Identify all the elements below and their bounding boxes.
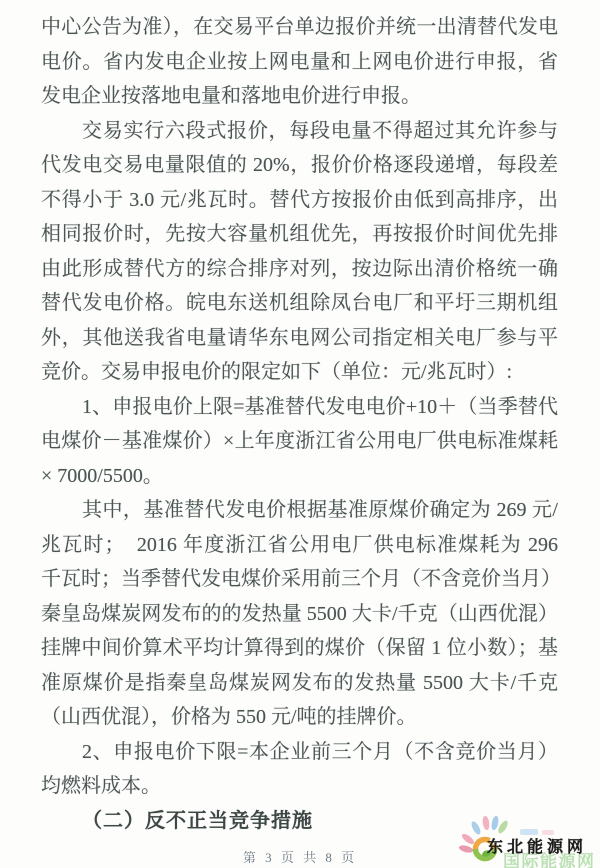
text-line: 电价。省内发电企业按上网电量和上网电价进行申报，省外 [41,45,558,80]
text-line: 竞价。交易申报电价的限定如下（单位：元/兆瓦时）: [41,355,558,390]
text-line: 兆瓦时； 2016 年度浙江省公用电厂供电标准煤耗为 296 克/ [41,528,558,563]
text-line: 交易实行六段式报价，每段电量不得超过其允许参与替 [41,114,558,149]
text-line: 秦皇岛煤炭网发布的的发热量 5500 大卡/千克（山西优混） [41,597,558,632]
text-line: 千瓦时；当季替代发电煤价采用前三个月（不含竞价当月） [41,562,558,597]
text-line: 电煤价－基准煤价）×上年度浙江省公用电厂供电标准煤耗 [41,424,558,459]
text-line: 挂牌中间价算术平均计算得到的煤价（保留 1 位小数）；基 [41,631,558,666]
text-line: 替代发电价格。皖电东送机组除凤台电厂和平圩三期机组 [41,286,558,321]
text-line: 由此形成替代方的综合排序对列，按边际出清价格统一确定 [41,252,558,287]
text-line: （山西优混），价格为 550 元/吨的挂牌价。 [41,700,558,735]
text-line: × 7000/5500。 [41,459,558,494]
text-line: 代发电交易电量限值的 20%，报价价格逐段递增，每段差价 [41,148,558,183]
watermark: 国际能源网 东北能源网 [430,780,600,868]
text-line: 发电企业按落地电量和落地电价进行申报。 [41,79,558,114]
text-line: 相同报价时，先按大容量机组优先，再按报价时间优先排序， [41,217,558,252]
watermark-site-name: 东北能源网 [487,834,587,857]
text-line: 其中，基准替代发电价根据基准原煤价确定为 269 元/ [41,493,558,528]
text-line: 准原煤价是指秦皇岛煤炭网发布的发热量 5500 大卡/千克 [41,666,558,701]
text-line: 2、申报电价下限=本企业前三个月（不含竞价当月）平 [41,735,558,770]
text-line: 中心公告为准），在交易平台单边报价并统一出清替代发电 [41,10,558,45]
document-body: 中心公告为准），在交易平台单边报价并统一出清替代发电 电价。省内发电企业按上网电… [41,10,558,838]
text-line: 1、申报电价上限=基准替代发电电价+10＋（当季替代发 [41,390,558,425]
scanned-document-page: 中心公告为准），在交易平台单边报价并统一出清替代发电 电价。省内发电企业按上网电… [0,0,600,868]
text-line: 不得小于 3.0 元/兆瓦时。替代方按报价由低到高排序，出现 [41,183,558,218]
text-line: 外，其他送我省电量请华东电网公司指定相关电厂参与平台 [41,321,558,356]
